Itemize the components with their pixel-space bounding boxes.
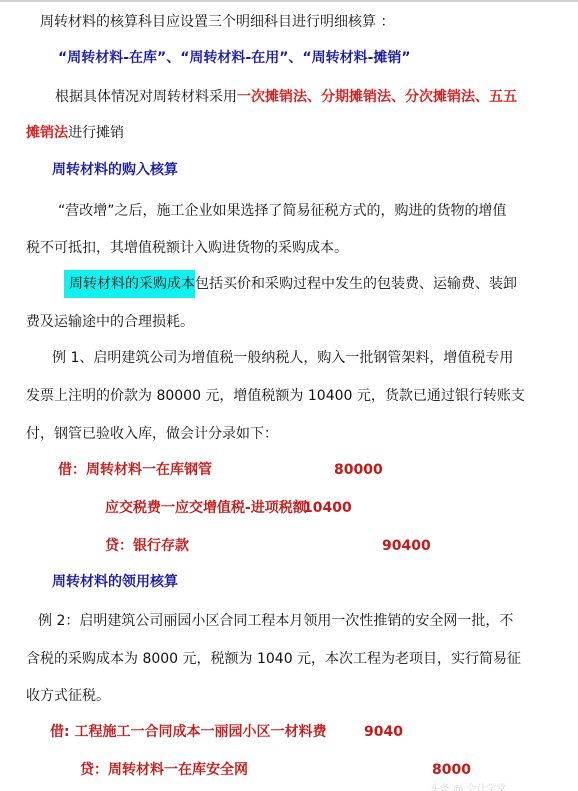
entry1-debit-amount: 80000	[334, 460, 383, 480]
entry2-credit-account: 贷：周转材料一在库安全网	[80, 760, 248, 780]
example2-line3: 收方式征税。	[26, 686, 110, 706]
methods-line-2: 摊销法进行摊销	[26, 123, 124, 143]
purchase-heading: 周转材料的购入核算	[52, 160, 178, 180]
entry1-debit-account: 借：周转材料一在库钢管	[58, 460, 212, 480]
highlighted-term: 周转材料的采购成本	[64, 270, 195, 298]
example1-line3: 付，钢管已验收入库，做会计分录如下：	[26, 424, 278, 444]
purchase-para2-line1: 周转材料的采购成本包括买价和采购过程中发生的包装费、运输费、装卸	[64, 274, 517, 294]
example2-line2: 含税的采购成本为 8000 元，税额为 1040 元，本次工程为老项目，实行简易…	[26, 649, 521, 669]
top-border	[0, 0, 578, 2]
example1-line2: 发票上注明的价款为 80000 元，增值税额为 10400 元，货款已通过银行转…	[26, 386, 525, 406]
entry2-debit-amount: 9040	[364, 722, 403, 742]
entry2-credit-amount: 8000	[432, 760, 471, 780]
purchase-para2-rest: 包括买价和采购过程中发生的包装费、运输费、装卸	[195, 276, 517, 292]
subaccounts-text: “周转材料-在库”、“周转材料-在用”、“周转材料-摊销”	[58, 48, 411, 68]
methods-list-end: 摊销法	[26, 125, 68, 141]
purchase-para2-line2: 费及运输途中的合理损耗。	[26, 312, 194, 332]
example2-line1: 例 2：启明建筑公司丽园小区合同工程本月领用一次性推销的安全网一批，不	[38, 611, 513, 631]
methods-prefix: 根据具体情况对周转材料采用	[55, 89, 237, 105]
methods-line-1: 根据具体情况对周转材料采用一次摊销法、分期摊销法、分次摊销法、五五	[55, 87, 517, 107]
usage-heading: 周转材料的领用核算	[52, 572, 178, 592]
entry1-debit2-account: 应交税费一应交增值税-进项税额	[105, 498, 307, 518]
entry1-credit-amount: 90400	[382, 536, 431, 556]
entry2-debit-account: 借: 工程施工一合同成本一丽园小区一材料费	[50, 722, 326, 742]
purchase-para1-line2: 税不可抵扣，其增值税额计入购进货物的采购成本。	[26, 238, 348, 258]
methods-list: 一次摊销法、分期摊销法、分次摊销法、五五	[237, 89, 517, 105]
methods-suffix: 进行摊销	[68, 125, 124, 141]
intro-text: 周转材料的核算科目应设置三个明细科目进行明细核算 ：	[40, 12, 394, 32]
example1-line1: 例 1、启明建筑公司为增值税一般纳税人，购入一批钢管架料，增值税专用	[52, 348, 513, 368]
watermark: 头条 @ 会计学堂	[430, 780, 506, 791]
purchase-para1-line1: “营改增”之后，施工企业如果选择了简易征税方式的，购进的货物的增值	[58, 201, 507, 221]
entry1-credit-account: 贷：银行存款	[105, 536, 189, 556]
entry1-debit2-amount: 10400	[303, 498, 352, 518]
